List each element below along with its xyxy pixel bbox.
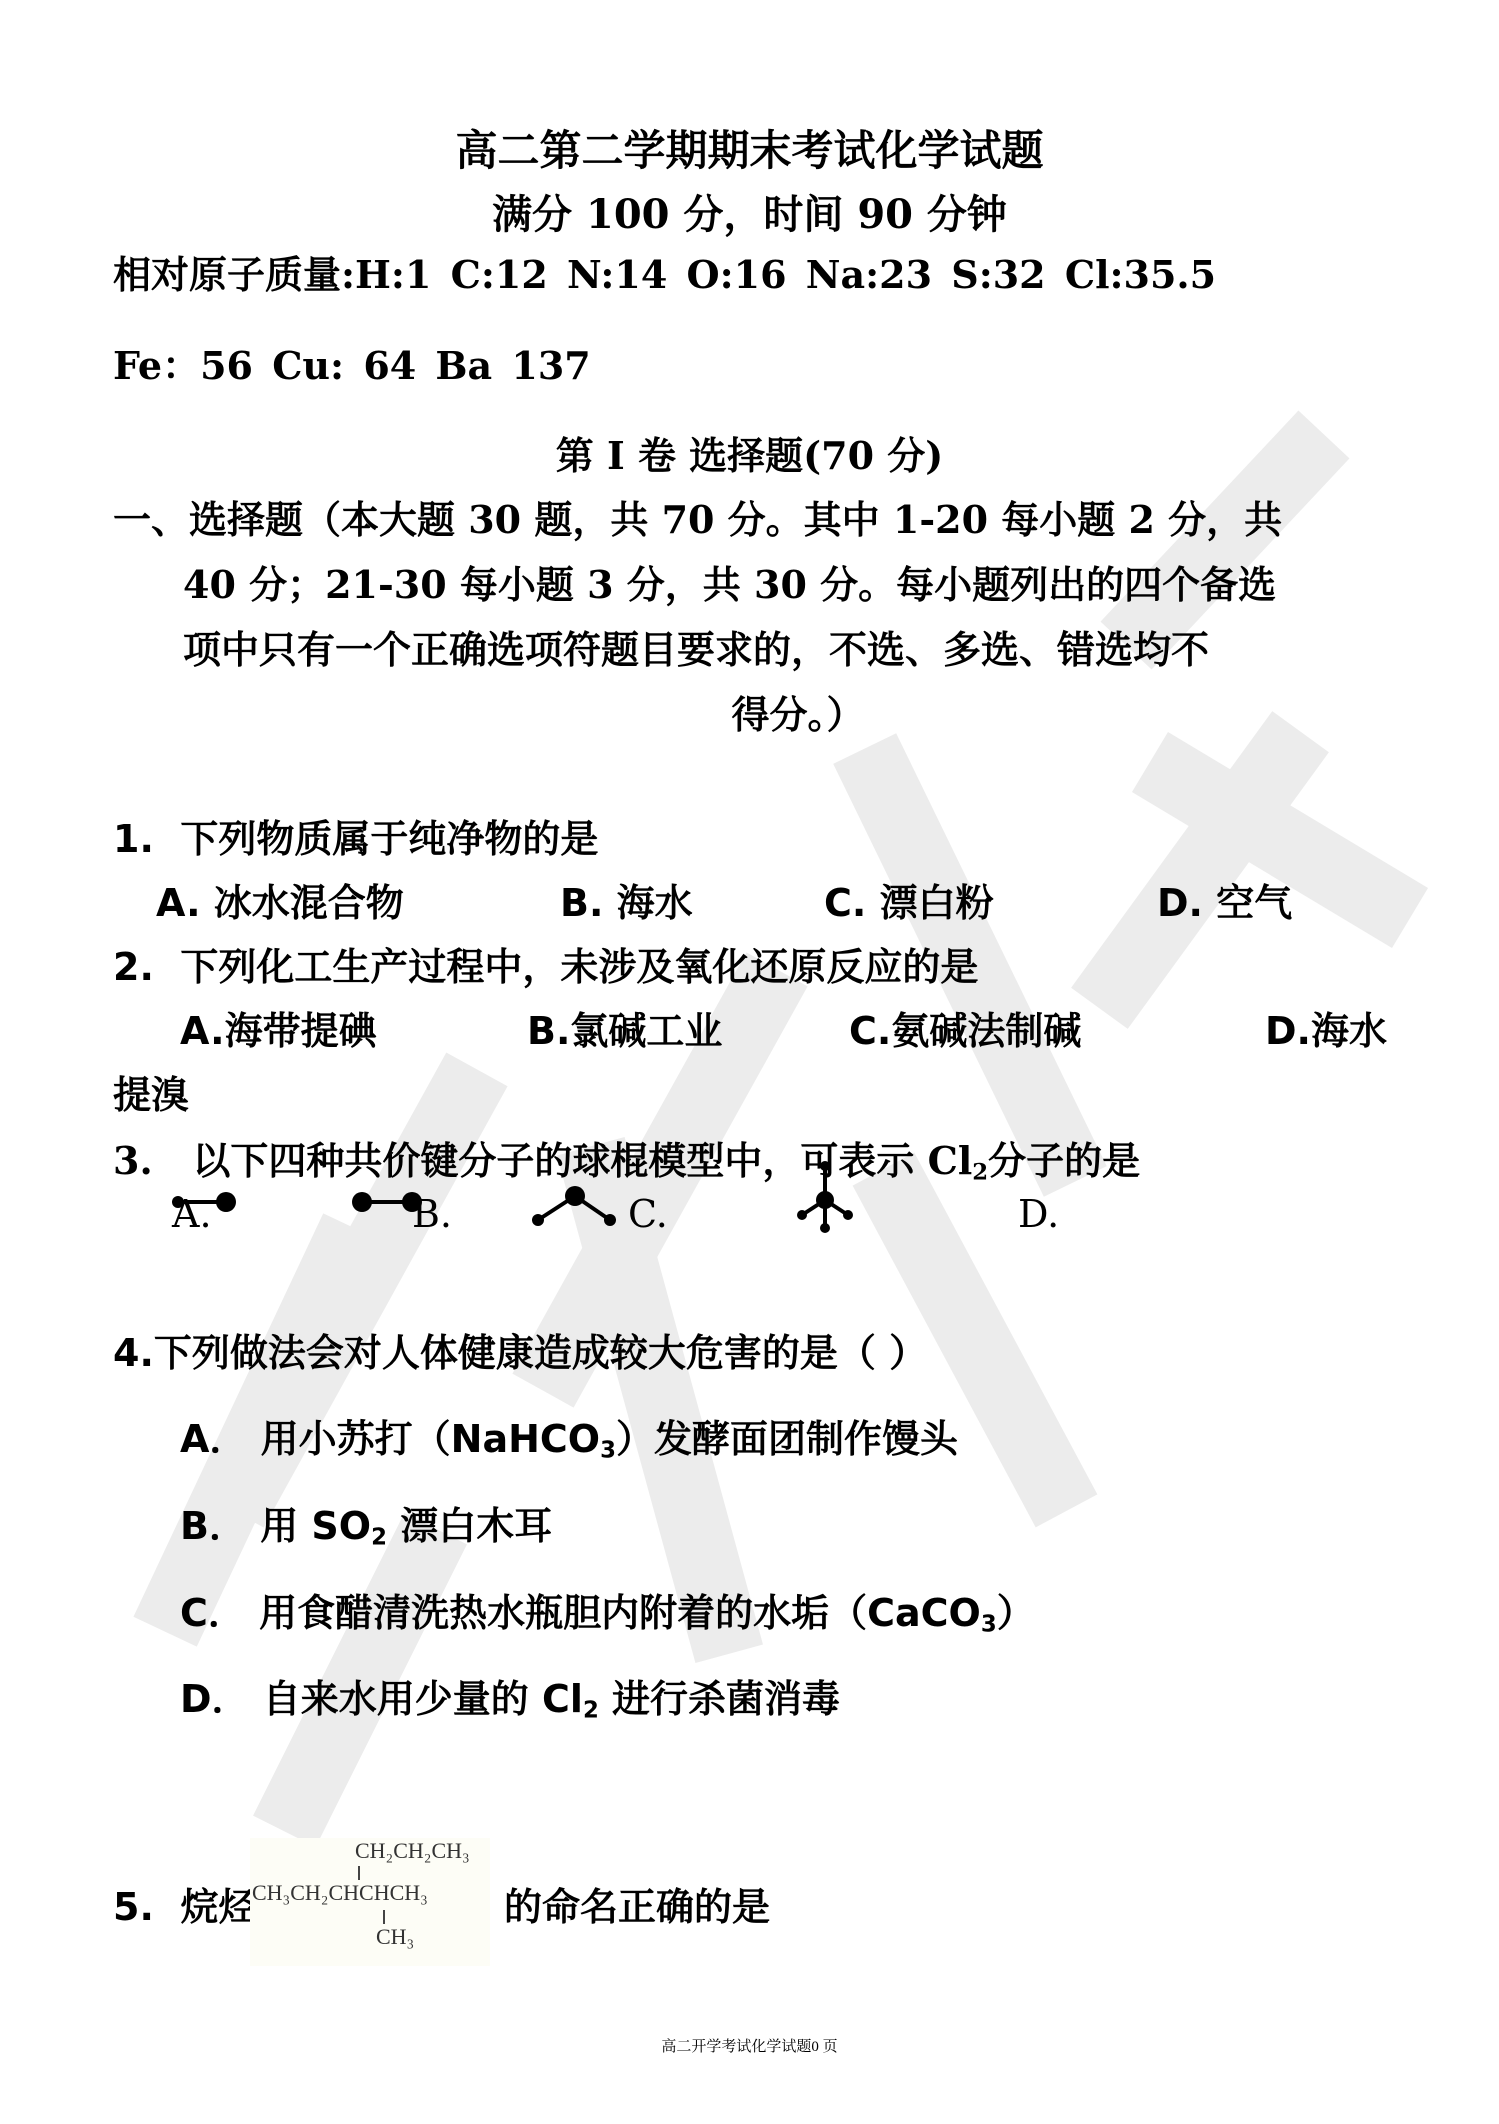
- option-label: D.: [1157, 881, 1203, 925]
- q4-option-a[interactable]: A． 用小苏打（NaHCO3）发酵面团制作馒头: [180, 1408, 958, 1464]
- instructions-line-3: 项中只有一个正确选项符题目要求的，不选、多选、错选均不: [113, 617, 1403, 682]
- page-footer: 高二开学考试化学试题0 页: [0, 2035, 1499, 2056]
- option-label: A．: [180, 1417, 247, 1461]
- option-text: 用小苏打（NaHCO: [261, 1417, 600, 1461]
- option-text: 自来水用少量的 Cl: [263, 1677, 583, 1721]
- q1-option-c[interactable]: C. 漂白粉: [824, 872, 994, 927]
- instructions-line-2: 40 分；21-30 每小题 3 分，共 30 分。每小题列出的四个备选: [113, 552, 1403, 617]
- instructions-line-1: 一、选择题（本大题 30 题，共 70 分。其中 1-20 每小题 2 分，共: [113, 487, 1403, 552]
- option-text-tail: 进行杀菌消毒: [599, 1677, 840, 1721]
- exam-subtitle: 满分 100 分，时间 90 分钟: [0, 183, 1499, 240]
- option-text: 空气: [1216, 881, 1292, 925]
- instructions-line-4: 得分。）: [113, 682, 1403, 747]
- section-instructions: 一、选择题（本大题 30 题，共 70 分。其中 1-20 每小题 2 分，共 …: [113, 487, 1403, 747]
- option-text: 氨碱法制碱: [891, 1009, 1081, 1053]
- q3-option-c[interactable]: [530, 1182, 620, 1237]
- option-label: B.: [560, 881, 603, 925]
- option-label: B.: [527, 1009, 570, 1053]
- watermark-background: [0, 0, 1499, 2124]
- option-text: 用 SO: [260, 1504, 371, 1548]
- option-text: 用食醋清洗热水瓶胆内附着的水垢（CaCO: [259, 1591, 981, 1635]
- question-number: 4.: [113, 1331, 154, 1375]
- option-label: B．: [180, 1504, 247, 1548]
- q1-option-a[interactable]: A. 冰水混合物: [156, 872, 404, 927]
- option-label: C.: [849, 1009, 891, 1053]
- option-text: 氯碱工业: [570, 1009, 722, 1053]
- option-label: C.: [824, 881, 866, 925]
- q3-option-d[interactable]: [790, 1160, 860, 1240]
- option-label: D．: [180, 1677, 250, 1721]
- option-text: 海带提碘: [225, 1009, 377, 1053]
- subscript: 3: [981, 1612, 997, 1638]
- question-stem: 烷烃: [180, 1885, 256, 1929]
- question-number: 3.: [113, 1138, 153, 1183]
- q2-option-a[interactable]: A.海带提碘: [180, 1000, 377, 1055]
- option-text: 海水: [617, 881, 693, 925]
- question-1: 1. 下列物质属于纯净物的是: [113, 808, 598, 863]
- question-2: 2. 下列化工生产过程中，未涉及氧化还原反应的是: [113, 936, 978, 991]
- question-5: 5. 烷烃: [113, 1876, 256, 1931]
- q4-option-d[interactable]: D． 自来水用少量的 Cl2 进行杀菌消毒: [180, 1668, 840, 1724]
- q3-option-b-label: B.: [412, 1192, 452, 1236]
- q2-option-c[interactable]: C.氨碱法制碱: [849, 1000, 1081, 1055]
- option-text-tail: 漂白木耳: [387, 1504, 552, 1548]
- section-title: 第 I 卷 选择题(70 分): [0, 425, 1499, 480]
- q3-option-c-label: C.: [628, 1192, 668, 1236]
- formula-bottom-branch: CH₃: [376, 1924, 414, 1950]
- q3-option-d-label: D.: [1018, 1192, 1059, 1236]
- question-stem: 下列物质属于纯净物的是: [180, 817, 598, 861]
- question-number: 5.: [113, 1885, 154, 1929]
- question-stem: 下列化工生产过程中，未涉及氧化还原反应的是: [180, 945, 978, 989]
- formula-top-branch: CH₂CH₂CH₃: [355, 1838, 470, 1864]
- option-text: 海水: [1311, 1009, 1387, 1053]
- option-label: D.: [1265, 1009, 1311, 1053]
- question-5-stem-tail: 的命名正确的是: [504, 1876, 770, 1931]
- q2-option-d[interactable]: D.海水: [1265, 1000, 1387, 1055]
- formula-main-chain: CH₃CH₂CHCHCH₃: [252, 1880, 428, 1906]
- question-4: 4.下列做法会对人体健康造成较大危害的是（ ）: [113, 1322, 927, 1377]
- option-text-tail: ）: [997, 1591, 1035, 1635]
- q4-option-b[interactable]: B． 用 SO2 漂白木耳: [180, 1495, 552, 1551]
- subscript: 2: [972, 1160, 988, 1186]
- q1-option-b[interactable]: B. 海水: [560, 872, 693, 927]
- question-number: 1.: [113, 817, 154, 861]
- q2-option-d-wrap: 提溴: [113, 1064, 189, 1119]
- option-label: C．: [180, 1591, 246, 1635]
- question-3: 3. 以下四种共价键分子的球棍模型中，可表示 Cl2分子的是: [113, 1130, 1140, 1186]
- option-label: A.: [180, 1009, 225, 1053]
- structural-formula: CH₂CH₂CH₃ CH₃CH₂CHCHCH₃ CH₃: [250, 1838, 490, 1966]
- exam-title: 高二第二学期期末考试化学试题: [0, 118, 1499, 178]
- formula-bond-down: [383, 1910, 385, 1924]
- subscript: 3: [600, 1438, 616, 1464]
- subscript: 2: [371, 1525, 387, 1551]
- option-text-tail: ）发酵面团制作馒头: [616, 1417, 958, 1461]
- option-text: 漂白粉: [880, 881, 994, 925]
- q1-option-d[interactable]: D. 空气: [1157, 872, 1292, 927]
- relative-atomic-masses-line2: Fe：56 Cu: 64 Ba 137: [113, 335, 591, 390]
- q4-option-c[interactable]: C． 用食醋清洗热水瓶胆内附着的水垢（CaCO3）: [180, 1582, 1035, 1638]
- ball-stick-tetrahedral-icon: [790, 1160, 860, 1235]
- subscript: 2: [583, 1698, 599, 1724]
- question-stem-tail: 分子的是: [988, 1138, 1140, 1183]
- question-stem: 下列做法会对人体健康造成较大危害的是（ ）: [154, 1331, 927, 1375]
- option-text: 冰水混合物: [214, 881, 404, 925]
- question-number: 2.: [113, 945, 154, 989]
- relative-atomic-masses-line1: 相对原子质量:H:1 C:12 N:14 O:16 Na:23 S:32 Cl:…: [113, 244, 1216, 299]
- formula-bond-up: [358, 1866, 360, 1880]
- ball-stick-bent-triatomic-icon: [530, 1182, 620, 1232]
- q3-option-a-label: A.: [172, 1192, 212, 1236]
- q2-option-b[interactable]: B.氯碱工业: [527, 1000, 722, 1055]
- option-label: A.: [156, 881, 201, 925]
